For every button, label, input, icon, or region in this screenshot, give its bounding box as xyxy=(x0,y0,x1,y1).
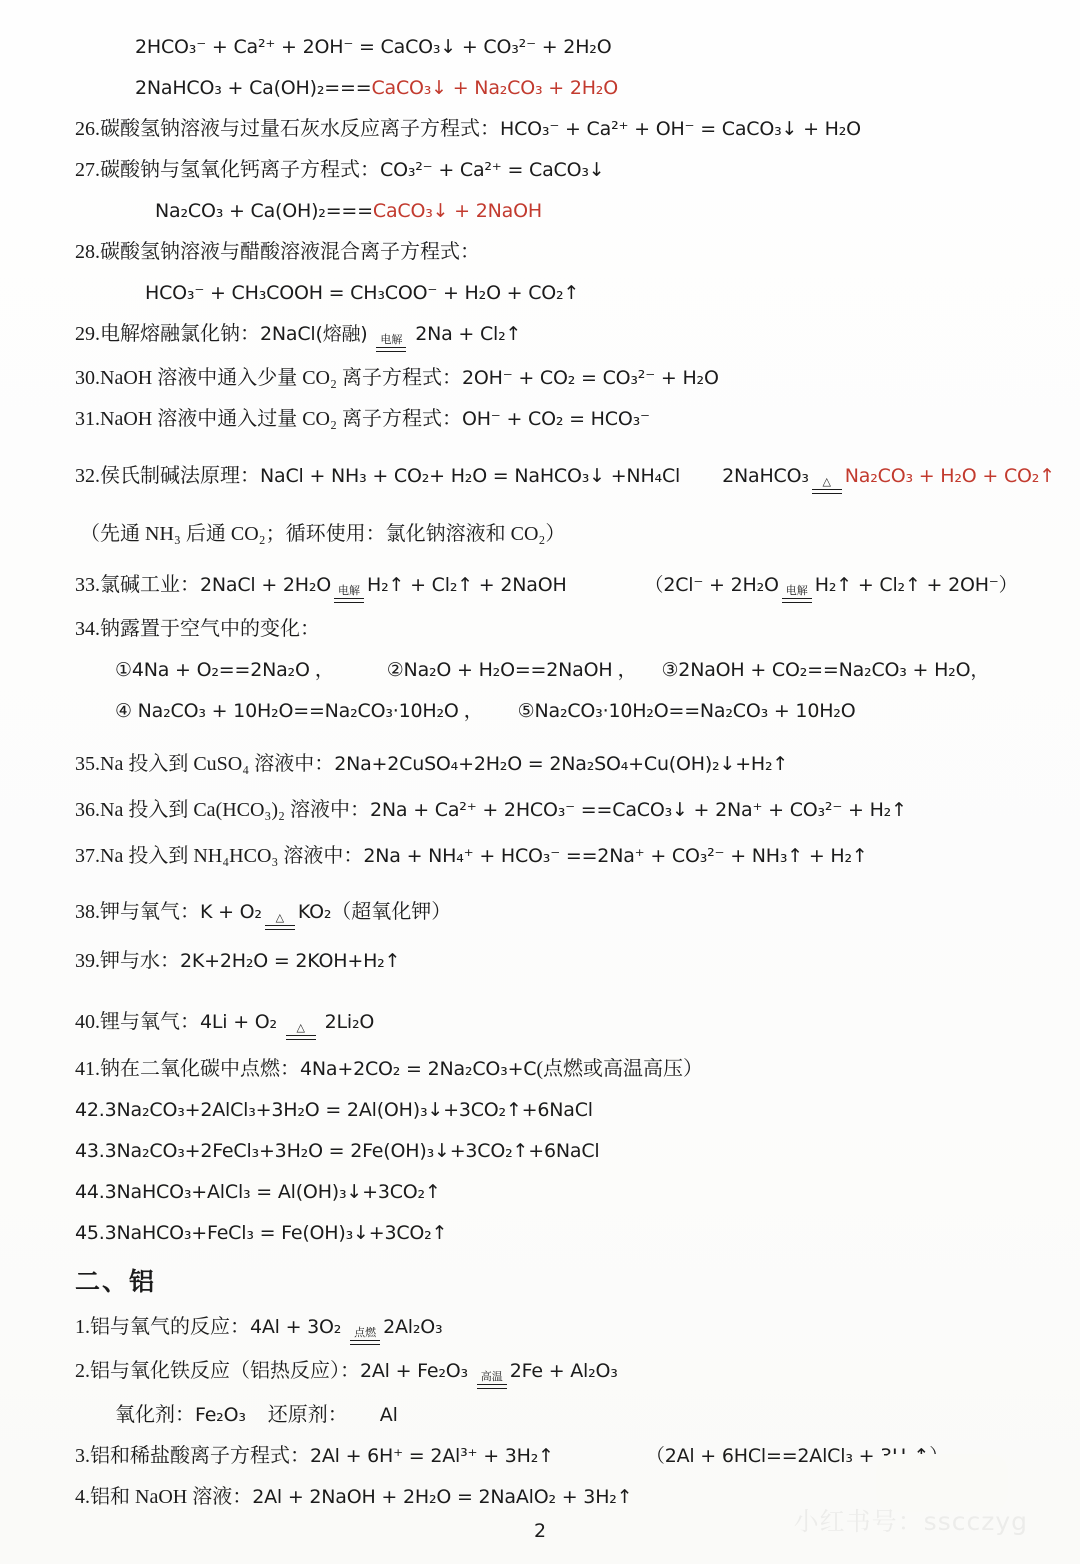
equation-line: ④ Na₂CO₃ + 10H₂O==Na₂CO₃·10H₂O ，⑤Na₂CO₃·… xyxy=(115,698,1080,726)
formula-text: 2HCO₃⁻ + Ca²⁺ + 2OH⁻ = CaCO₃↓ + CO₃²⁻ + … xyxy=(135,36,611,58)
equation-line: 2NaHCO₃ + Ca(OH)₂===CaCO₃↓ + Na₂CO₃ + 2H… xyxy=(135,75,1080,103)
formula-text: 4Al + 3O₂ xyxy=(250,1316,347,1338)
equation-line: 26.碳酸氢钠溶液与过量石灰水反应离子方程式：HCO₃⁻ + Ca²⁺ + OH… xyxy=(75,116,1080,144)
double-equals-line xyxy=(376,347,406,352)
formula-text: 2OH⁻ + CO₂ = CO₃²⁻ + H₂O xyxy=(462,367,719,389)
label-text: （超氧化钾） xyxy=(331,901,451,923)
equation-line: 1.铝与氧气的反应：4Al + 3O₂ 点燃2Al₂O₃ xyxy=(75,1314,1080,1345)
spacer xyxy=(637,675,661,676)
formula-text: ②Na₂O + H₂O==2NaOH xyxy=(387,659,613,681)
spacer xyxy=(335,675,387,676)
label-text: 2.铝与氧化铁反应（铝热反应）： xyxy=(75,1360,360,1382)
label-text: 34.钠露置于空气中的变化： xyxy=(75,618,320,640)
equation-line: 34.钠露置于空气中的变化： xyxy=(75,616,1080,644)
label-text: ， xyxy=(612,659,637,681)
formula-text: 45.3NaHCO₃+FeCl₃ = Fe(OH)₃↓+3CO₂↑ xyxy=(75,1222,447,1244)
label-text: 31.NaOH 溶液中通入过量 CO₂ 离子方程式： xyxy=(75,408,462,430)
equation-line: 氧化剂：Fe₂O₃还原剂：Al xyxy=(115,1402,1080,1430)
formula-text: ⑤Na₂CO₃·10H₂O==Na₂CO₃ + 10H₂O xyxy=(518,700,856,722)
label-text: 28.碳酸氢钠溶液与醋酸溶液混合离子方程式： xyxy=(75,241,480,263)
label-text: (点燃或高温高压） xyxy=(536,1058,703,1080)
formula-text: 4Na+2CO₂ = 2Na₂CO₃+C xyxy=(300,1058,536,1080)
formula-text: CO₃²⁻ + Ca²⁺ = CaCO₃↓ xyxy=(380,159,605,181)
equation-line: HCO₃⁻ + CH₃COOH = CH₃COO⁻ + H₂O + CO₂↑ xyxy=(145,280,1080,308)
formula-text: 2NaCl(熔融) xyxy=(260,323,373,345)
condition-label: 电解 xyxy=(378,335,404,346)
equation-line: 33.氯碱工业：2NaCl + 2H₂O电解H₂↑ + Cl₂↑ + 2NaOH… xyxy=(75,572,1080,603)
formula-text: KO₂ xyxy=(298,901,331,923)
equation-line: 29.电解熔融氯化钠：2NaCl(熔融) 电解 2Na + Cl₂↑ xyxy=(75,321,1080,352)
label-text: 4.铝和 NaOH 溶液： xyxy=(75,1486,252,1508)
formula-text: 2Al + 6H⁺ = 2Al³⁺ + 3H₂↑ xyxy=(310,1445,554,1467)
formula-text: ④ Na₂CO₃ + 10H₂O==Na₂CO₃·10H₂O xyxy=(115,700,459,722)
label-text: ， xyxy=(459,700,484,722)
formula-text: 2Na + Ca²⁺ + 2HCO₃⁻ ==CaCO₃↓ + 2Na⁺ + CO… xyxy=(370,799,907,821)
equation-line: 38.钾与氧气：K + O₂△KO₂（超氧化钾） xyxy=(75,899,1080,930)
equation-line: 39.钾与水：2K+2H₂O = 2KOH+H₂↑ xyxy=(75,948,1080,976)
label-text: 32.侯氏制碱法原理： xyxy=(75,465,260,487)
condition-label: 电解 xyxy=(336,586,362,597)
condition-label: △ xyxy=(274,913,286,924)
equation-line: 35.Na 投入到 CuSO₄ 溶液中：2Na+2CuSO₄+2H₂O = 2N… xyxy=(75,751,1080,779)
formula-text: 2NaHCO₃ xyxy=(722,465,809,487)
label-text: 还原剂： xyxy=(268,1404,348,1426)
formula-text: NaCl + NH₃ + CO₂+ H₂O = NaHCO₃↓ +NH₄Cl xyxy=(260,465,680,487)
spacer xyxy=(680,481,722,482)
label-text: （先通 NH₃ 后通 CO₂；循环使用：氯化钠溶液和 CO₂） xyxy=(80,523,565,545)
label-text: 41.钠在二氧化碳中点燃： xyxy=(75,1058,300,1080)
label-text: ， xyxy=(310,659,335,681)
reaction-condition-over-equals: 电解 xyxy=(376,335,406,352)
formula-text: 2Fe + Al₂O₃ xyxy=(510,1360,618,1382)
double-equals-line xyxy=(782,598,812,603)
formula-text: K + O₂ xyxy=(200,901,262,923)
formula-text: 2Na+2CuSO₄+2H₂O = 2Na₂SO₄+Cu(OH)₂↓+H₂↑ xyxy=(334,753,788,775)
reaction-condition-over-equals: △ xyxy=(265,913,295,930)
label-text: 37.Na 投入到 NH₄HCO₃ 溶液中： xyxy=(75,845,363,867)
label-text: 3.铝和稀盐酸离子方程式： xyxy=(75,1445,310,1467)
formula-text: H₂↑ + Cl₂↑ + 2OH⁻） xyxy=(815,574,1018,596)
equation-line: 2.铝与氧化铁反应（铝热反应）：2Al + Fe₂O₃ 高温2Fe + Al₂O… xyxy=(75,1358,1080,1389)
equation-line: Na₂CO₃ + Ca(OH)₂===CaCO₃↓ + 2NaOH xyxy=(155,198,1080,226)
formula-text: 2Al + Fe₂O₃ xyxy=(360,1360,474,1382)
formula-text: Na₂CO₃ + Ca(OH)₂=== xyxy=(155,200,373,222)
label-text: 26.碳酸氢钠溶液与过量石灰水反应离子方程式： xyxy=(75,118,500,140)
formula-text: Fe₂O₃ xyxy=(195,1404,246,1426)
formula-text: 2Li₂O xyxy=(319,1011,374,1033)
formula-text: ③2NaOH + CO₂==Na₂CO₃ + H₂O， xyxy=(661,659,989,681)
equation-line: 45.3NaHCO₃+FeCl₃ = Fe(OH)₃↓+3CO₂↑ xyxy=(75,1220,1080,1248)
formula-text: ①4Na + O₂==2Na₂O xyxy=(115,659,310,681)
formula-text: HCO₃⁻ + CH₃COOH = CH₃COO⁻ + H₂O + CO₂↑ xyxy=(145,282,579,304)
double-equals-line xyxy=(350,1340,380,1345)
label-text: 36.Na 投入到 Ca(HCO₃)₂ 溶液中： xyxy=(75,799,370,821)
label-text: 1.铝与氧气的反应： xyxy=(75,1316,250,1338)
condition-label: 点燃 xyxy=(352,1328,378,1339)
equations-list: 2HCO₃⁻ + Ca²⁺ + 2OH⁻ = CaCO₃↓ + CO₃²⁻ + … xyxy=(0,0,1080,1512)
condition-label: △ xyxy=(821,477,833,488)
formula-text: H₂↑ + Cl₂↑ + 2NaOH xyxy=(367,574,567,596)
formula-highlight-red: CaCO₃↓ + 2NaOH xyxy=(373,200,542,222)
document-page: { "colors": { "ink": "#1b1b1b", "red": "… xyxy=(0,0,1080,1564)
spacer xyxy=(246,1420,268,1421)
reaction-condition-over-equals: △ xyxy=(286,1023,316,1040)
label-text: 35.Na 投入到 CuSO₄ 溶液中： xyxy=(75,753,334,775)
formula-text: 44.3NaHCO₃+AlCl₃ = Al(OH)₃↓+3CO₂↑ xyxy=(75,1181,441,1203)
equation-line: 2HCO₃⁻ + Ca²⁺ + 2OH⁻ = CaCO₃↓ + CO₃²⁻ + … xyxy=(135,34,1080,62)
double-equals-line xyxy=(286,1035,316,1040)
formula-highlight-red: CaCO₃↓ + Na₂CO₃ + 2H₂O xyxy=(371,77,618,99)
section-heading: 二、铝 xyxy=(75,1269,1080,1299)
label-text: 39.钾与水： xyxy=(75,950,180,972)
formula-text: 2Na + NH₄⁺ + HCO₃⁻ ==2Na⁺ + CO₃²⁻ + NH₃↑… xyxy=(363,845,867,867)
label-text: 30.NaOH 溶液中通入少量 CO₂ 离子方程式： xyxy=(75,367,462,389)
formula-text: 2Al₂O₃ xyxy=(383,1316,442,1338)
formula-text: 2NaHCO₃ + Ca(OH)₂=== xyxy=(135,77,371,99)
reaction-condition-over-equals: 点燃 xyxy=(350,1328,380,1345)
double-equals-line xyxy=(812,489,842,494)
equation-line: 28.碳酸氢钠溶液与醋酸溶液混合离子方程式： xyxy=(75,239,1080,267)
double-equals-line xyxy=(477,1384,507,1389)
reaction-condition-over-equals: 电解 xyxy=(334,586,364,603)
formula-text: 2Na + Cl₂↑ xyxy=(409,323,521,345)
equation-line: 43.3Na₂CO₃+2FeCl₃+3H₂O = 2Fe(OH)₃↓+3CO₂↑… xyxy=(75,1138,1080,1166)
equation-line: 27.碳酸钠与氢氧化钙离子方程式：CO₃²⁻ + Ca²⁺ = CaCO₃↓ xyxy=(75,157,1080,185)
formula-text: 4Li + O₂ xyxy=(200,1011,283,1033)
equation-line: 30.NaOH 溶液中通入少量 CO₂ 离子方程式：2OH⁻ + CO₂ = C… xyxy=(75,365,1080,393)
formula-text: 2NaCl + 2H₂O xyxy=(200,574,331,596)
double-equals-line xyxy=(265,925,295,930)
label-text: 38.钾与氧气： xyxy=(75,901,200,923)
label-text: 二、铝 xyxy=(75,1269,156,1296)
formula-text: OH⁻ + CO₂ = HCO₃⁻ xyxy=(462,408,650,430)
equation-line: 40.锂与氧气：4Li + O₂ △ 2Li₂O xyxy=(75,1009,1080,1040)
equation-line: （先通 NH₃ 后通 CO₂；循环使用：氯化钠溶液和 CO₂） xyxy=(80,521,1080,549)
equation-line: ①4Na + O₂==2Na₂O ，②Na₂O + H₂O==2NaOH ，③2… xyxy=(115,657,1080,685)
formula-text: （2Cl⁻ + 2H₂O xyxy=(645,574,779,596)
spacer xyxy=(484,716,518,717)
equation-line: 42.3Na₂CO₃+2AlCl₃+3H₂O = 2Al(OH)₃↓+3CO₂↑… xyxy=(75,1097,1080,1125)
watermark-text: 小红书号：sscczyg xyxy=(794,1502,1028,1538)
equation-line: 36.Na 投入到 Ca(HCO₃)₂ 溶液中：2Na + Ca²⁺ + 2HC… xyxy=(75,797,1080,825)
formula-text: HCO₃⁻ + Ca²⁺ + OH⁻ = CaCO₃↓ + H₂O xyxy=(500,118,861,140)
label-text: 40.锂与氧气： xyxy=(75,1011,200,1033)
reaction-condition-over-equals: 高温 xyxy=(477,1372,507,1389)
reaction-condition-over-equals: △ xyxy=(812,477,842,494)
formula-text: 42.3Na₂CO₃+2AlCl₃+3H₂O = 2Al(OH)₃↓+3CO₂↑… xyxy=(75,1099,593,1121)
spacer xyxy=(348,1420,380,1421)
equation-line: 44.3NaHCO₃+AlCl₃ = Al(OH)₃↓+3CO₂↑ xyxy=(75,1179,1080,1207)
equation-line: 32.侯氏制碱法原理：NaCl + NH₃ + CO₂+ H₂O = NaHCO… xyxy=(75,463,1080,494)
equation-line: 41.钠在二氧化碳中点燃：4Na+2CO₂ = 2Na₂CO₃+C(点燃或高温高… xyxy=(75,1056,1080,1084)
equation-line: 37.Na 投入到 NH₄HCO₃ 溶液中：2Na + NH₄⁺ + HCO₃⁻… xyxy=(75,843,1080,871)
condition-label: △ xyxy=(295,1023,307,1034)
condition-label: 电解 xyxy=(784,586,810,597)
label-text: 33.氯碱工业： xyxy=(75,574,200,596)
label-text: 27.碳酸钠与氢氧化钙离子方程式： xyxy=(75,159,380,181)
double-equals-line xyxy=(334,598,364,603)
equation-line: 31.NaOH 溶液中通入过量 CO₂ 离子方程式：OH⁻ + CO₂ = HC… xyxy=(75,406,1080,434)
spacer xyxy=(567,590,645,591)
formula-text: Al xyxy=(380,1404,398,1426)
formula-text: 2Al + 2NaOH + 2H₂O = 2NaAlO₂ + 3H₂↑ xyxy=(252,1486,632,1508)
reaction-condition-over-equals: 电解 xyxy=(782,586,812,603)
formula-text: 43.3Na₂CO₃+2FeCl₃+3H₂O = 2Fe(OH)₃↓+3CO₂↑… xyxy=(75,1140,599,1162)
formula-text: 2K+2H₂O = 2KOH+H₂↑ xyxy=(180,950,400,972)
condition-label: 高温 xyxy=(479,1372,505,1383)
spacer xyxy=(554,1461,646,1462)
formula-highlight-red: Na₂CO₃ + H₂O + CO₂↑ xyxy=(845,465,1055,487)
label-text: 29.电解熔融氯化钠： xyxy=(75,323,260,345)
label-text: 氧化剂： xyxy=(115,1404,195,1426)
